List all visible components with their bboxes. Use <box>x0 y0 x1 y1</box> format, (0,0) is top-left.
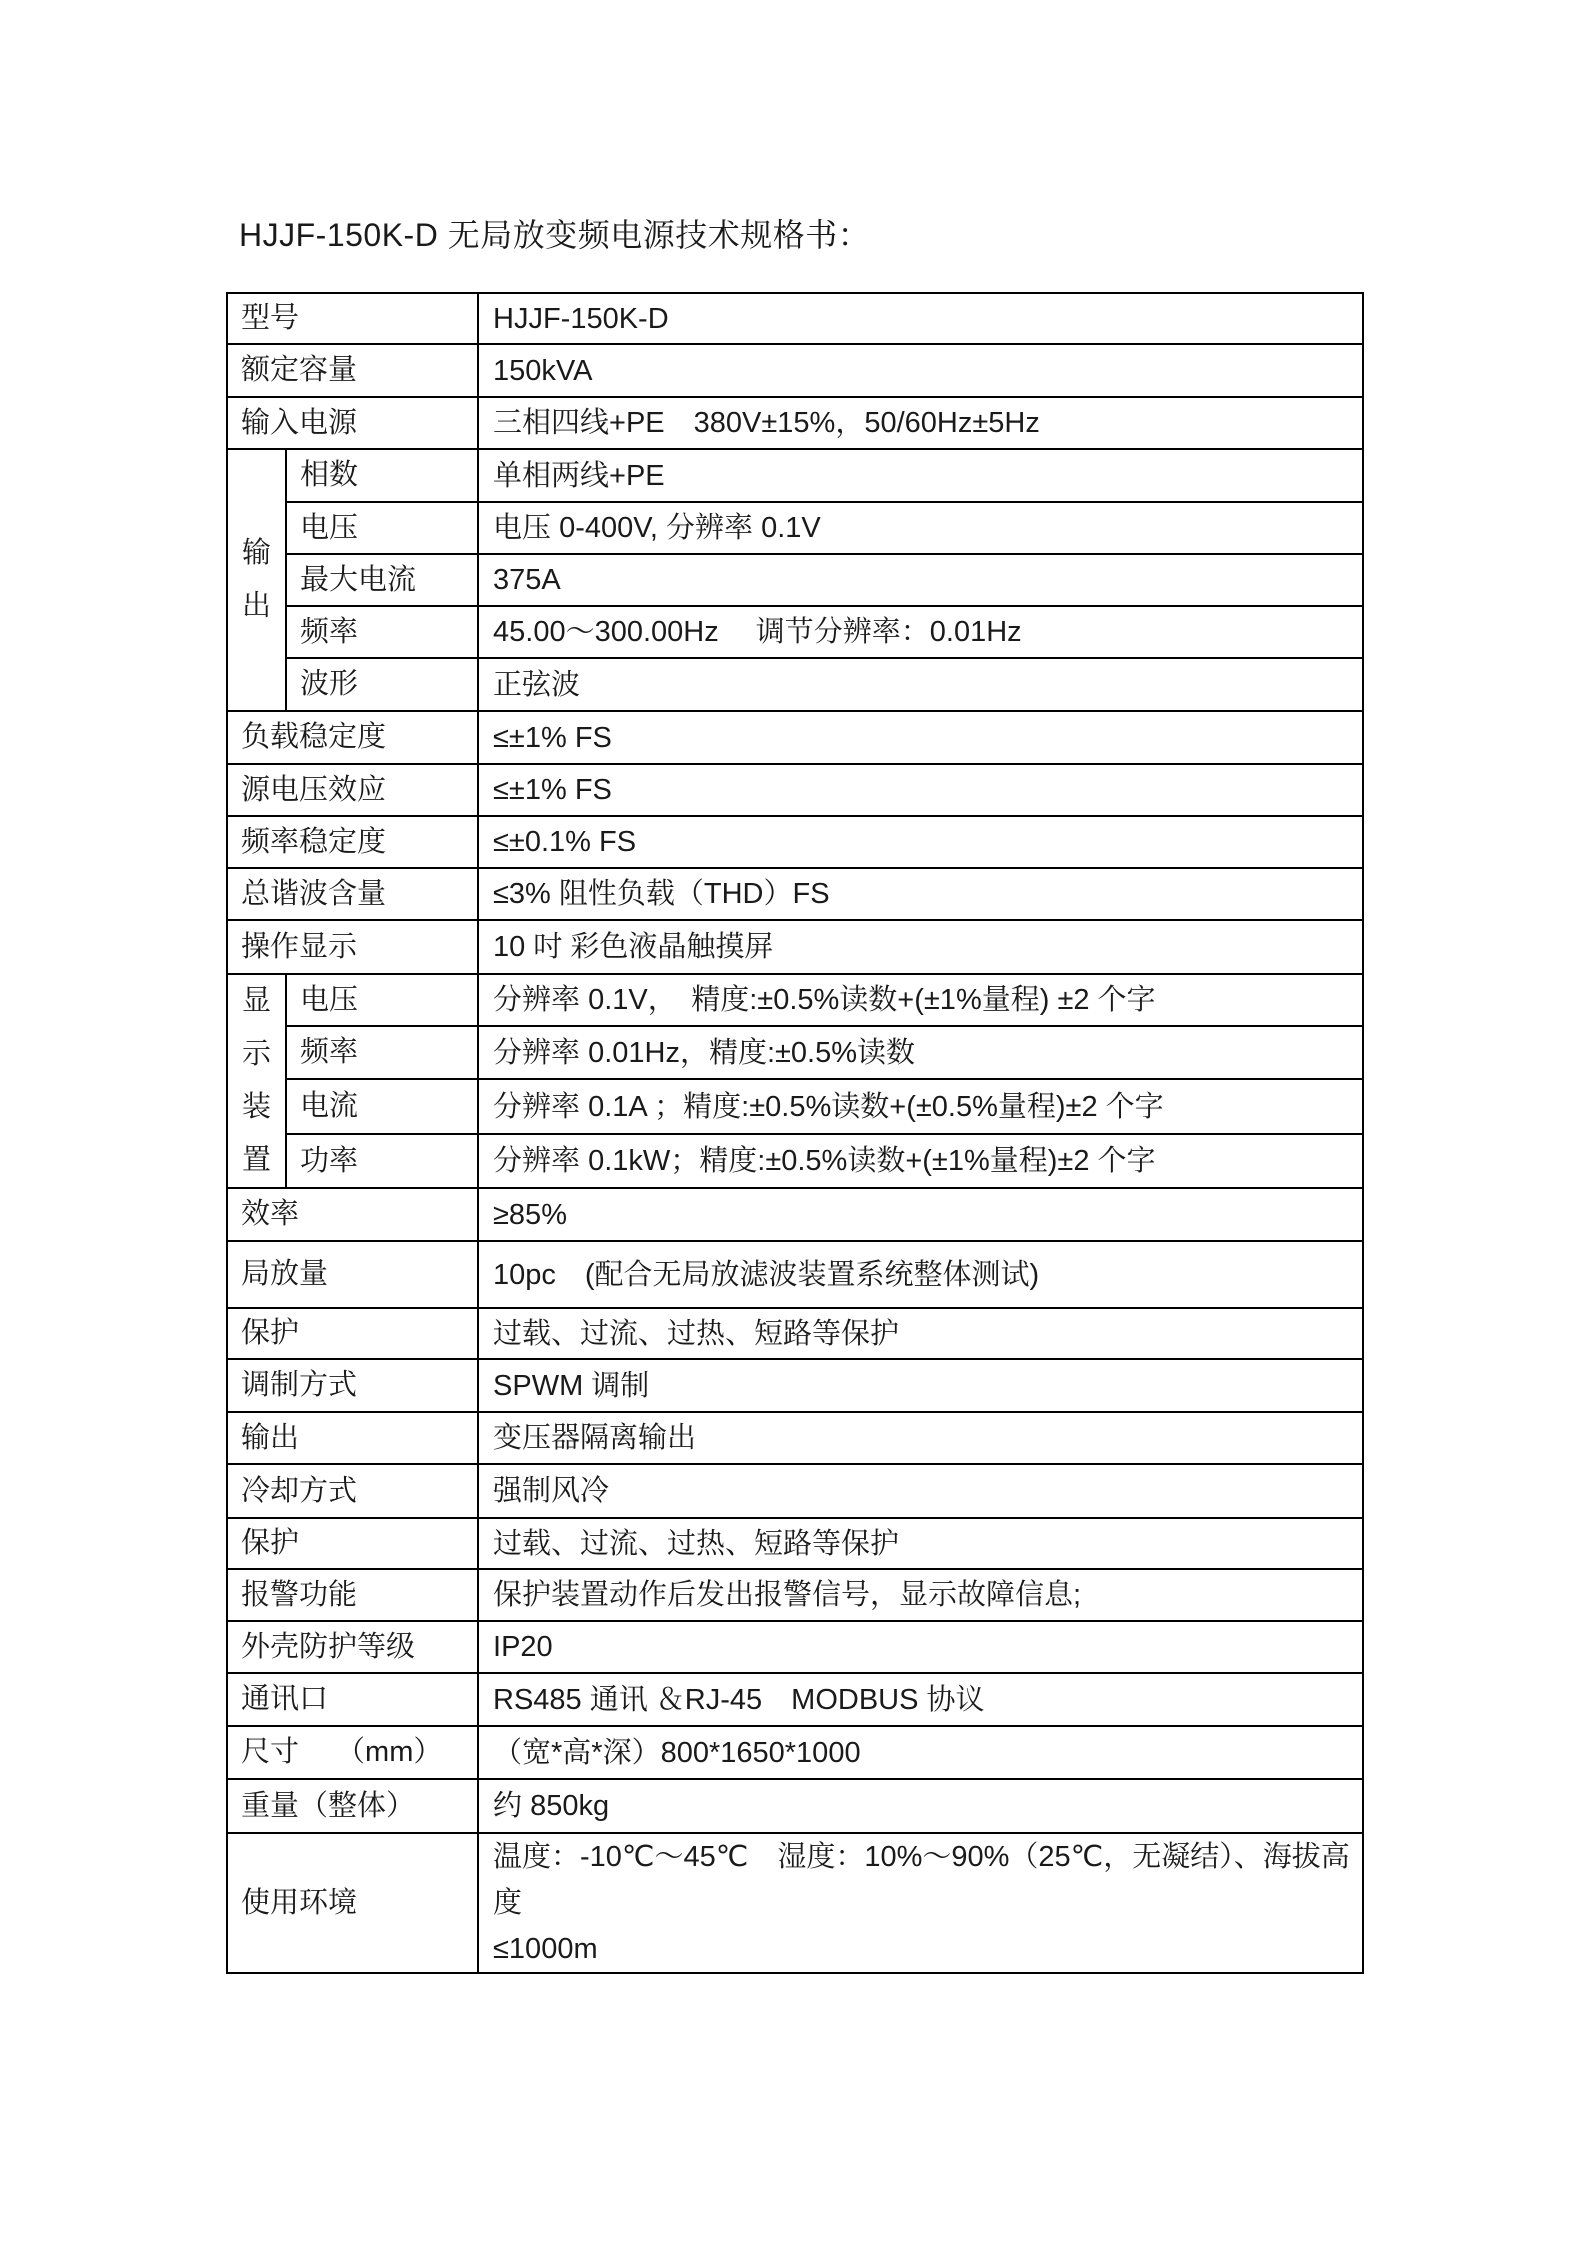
row-value-cell: 保护装置动作后发出报警信号，显示故障信息; <box>478 1569 1363 1621</box>
row-label-cell: 电压 <box>286 974 478 1026</box>
group-label: 输出 <box>242 527 271 633</box>
row-label-cell: 波形 <box>286 658 478 711</box>
row-label-cell: 功率 <box>286 1134 478 1188</box>
row-label-cell: 频率稳定度 <box>227 816 478 868</box>
row-label-cell: 报警功能 <box>227 1569 478 1621</box>
row-label-cell: 输入电源 <box>227 397 478 449</box>
row-value-cell: 分辨率 0.1A ；精度:±0.5%读数+(±0.5%量程)±2 个字 <box>478 1079 1363 1134</box>
row-label-cell: 输出 <box>227 1412 478 1464</box>
group-label-char: 装 <box>242 1081 271 1134</box>
group-label-char: 输 <box>242 527 271 580</box>
row-label-cell: 保护 <box>227 1518 478 1569</box>
row-label-cell: 外壳防护等级 <box>227 1621 478 1673</box>
table-row: 保护过载、过流、过热、短路等保护 <box>227 1308 1363 1359</box>
row-label-cell: 频率 <box>286 606 478 658</box>
group-label-cell: 输出 <box>227 449 286 711</box>
spec-table: 型号HJJF-150K-D额定容量150kVA输入电源三相四线+PE 380V±… <box>226 292 1364 1974</box>
row-label-cell: 源电压效应 <box>227 764 478 816</box>
table-row: 额定容量150kVA <box>227 344 1363 397</box>
row-label-cell: 使用环境 <box>227 1833 478 1973</box>
row-value-cell: 三相四线+PE 380V±15%，50/60Hz±5Hz <box>478 397 1363 449</box>
row-value-cell: ≥85% <box>478 1188 1363 1241</box>
table-row: 功率分辨率 0.1kW；精度:±0.5%读数+(±1%量程)±2 个字 <box>227 1134 1363 1188</box>
row-value-cell: ≤±1% FS <box>478 764 1363 816</box>
table-row: 最大电流375A <box>227 554 1363 606</box>
table-row: 频率45.00～300.00Hz 调节分辨率：0.01Hz <box>227 606 1363 658</box>
table-row: 频率稳定度≤±0.1% FS <box>227 816 1363 868</box>
group-label-cell: 显示装置 <box>227 974 286 1188</box>
row-value-cell: 约 850kg <box>478 1779 1363 1833</box>
row-value-cell: IP20 <box>478 1621 1363 1673</box>
table-row: 报警功能保护装置动作后发出报警信号，显示故障信息; <box>227 1569 1363 1621</box>
table-row: 操作显示10 吋 彩色液晶触摸屏 <box>227 920 1363 974</box>
table-row: 局放量10pc (配合无局放滤波装置系统整体测试) <box>227 1241 1363 1308</box>
row-value-cell: 变压器隔离输出 <box>478 1412 1363 1464</box>
table-row: 源电压效应≤±1% FS <box>227 764 1363 816</box>
row-label-cell: 总谐波含量 <box>227 868 478 920</box>
row-label-cell: 效率 <box>227 1188 478 1241</box>
row-value-cell: ≤±1% FS <box>478 711 1363 764</box>
row-value-cell: HJJF-150K-D <box>478 293 1363 344</box>
table-row: 电流分辨率 0.1A ；精度:±0.5%读数+(±0.5%量程)±2 个字 <box>227 1079 1363 1134</box>
row-label-cell: 型号 <box>227 293 478 344</box>
spec-table-body: 型号HJJF-150K-D额定容量150kVA输入电源三相四线+PE 380V±… <box>227 293 1363 1973</box>
table-row: 重量（整体）约 850kg <box>227 1779 1363 1833</box>
row-value-cell: 375A <box>478 554 1363 606</box>
group-label-char: 置 <box>242 1134 271 1187</box>
table-row: 波形正弦波 <box>227 658 1363 711</box>
table-row: 尺寸 （mm） （宽*高*深）800*1650*1000 <box>227 1726 1363 1779</box>
table-row: 输出相数单相两线+PE <box>227 449 1363 502</box>
table-row: 效率≥85% <box>227 1188 1363 1241</box>
row-value-cell: 单相两线+PE <box>478 449 1363 502</box>
row-value-cell: 10 吋 彩色液晶触摸屏 <box>478 920 1363 974</box>
row-label-cell: 电流 <box>286 1079 478 1134</box>
row-value-cell: 强制风冷 <box>478 1464 1363 1518</box>
table-row: 频率分辨率 0.01Hz，精度:±0.5%读数 <box>227 1026 1363 1079</box>
row-label-cell: 调制方式 <box>227 1359 478 1412</box>
row-value-cell: 45.00～300.00Hz 调节分辨率：0.01Hz <box>478 606 1363 658</box>
table-row: 通讯口RS485 通讯 ＆RJ-45 MODBUS 协议 <box>227 1673 1363 1726</box>
row-value-cell: ≤±0.1% FS <box>478 816 1363 868</box>
row-value-cell: 过载、过流、过热、短路等保护 <box>478 1308 1363 1359</box>
row-value-cell: 电压 0-400V, 分辨率 0.1V <box>478 502 1363 554</box>
row-label-cell: 操作显示 <box>227 920 478 974</box>
row-value-cell: 分辨率 0.1kW；精度:±0.5%读数+(±1%量程)±2 个字 <box>478 1134 1363 1188</box>
table-row: 调制方式SPWM 调制 <box>227 1359 1363 1412</box>
table-row: 型号HJJF-150K-D <box>227 293 1363 344</box>
group-label-char: 显 <box>242 975 271 1028</box>
table-row: 输入电源三相四线+PE 380V±15%，50/60Hz±5Hz <box>227 397 1363 449</box>
table-row: 使用环境温度：-10℃～45℃ 湿度：10%～90%（25℃，无凝结）、海拔高度… <box>227 1833 1363 1973</box>
group-label-char: 示 <box>242 1028 271 1081</box>
row-value-cell: RS485 通讯 ＆RJ-45 MODBUS 协议 <box>478 1673 1363 1726</box>
row-value-cell: 温度：-10℃～45℃ 湿度：10%～90%（25℃，无凝结）、海拔高度 ≤10… <box>478 1833 1363 1973</box>
row-value-cell: 150kVA <box>478 344 1363 397</box>
row-label-cell: 电压 <box>286 502 478 554</box>
row-value-cell: 10pc (配合无局放滤波装置系统整体测试) <box>478 1241 1363 1308</box>
table-row: 冷却方式强制风冷 <box>227 1464 1363 1518</box>
table-row: 总谐波含量≤3% 阻性负载（THD）FS <box>227 868 1363 920</box>
group-label: 显示装置 <box>242 975 271 1187</box>
row-label-cell: 冷却方式 <box>227 1464 478 1518</box>
table-row: 外壳防护等级IP20 <box>227 1621 1363 1673</box>
row-value-cell: SPWM 调制 <box>478 1359 1363 1412</box>
row-label-cell: 负载稳定度 <box>227 711 478 764</box>
row-label-cell: 相数 <box>286 449 478 502</box>
row-label-cell: 保护 <box>227 1308 478 1359</box>
table-row: 输出变压器隔离输出 <box>227 1412 1363 1464</box>
group-label-char: 出 <box>242 580 271 633</box>
row-value-cell: 过载、过流、过热、短路等保护 <box>478 1518 1363 1569</box>
row-value-cell: ≤3% 阻性负载（THD）FS <box>478 868 1363 920</box>
table-row: 显示装置电压分辨率 0.1V， 精度:±0.5%读数+(±1%量程) ±2 个字 <box>227 974 1363 1026</box>
row-value-cell: 正弦波 <box>478 658 1363 711</box>
row-value-cell: （宽*高*深）800*1650*1000 <box>478 1726 1363 1779</box>
row-value-cell: 分辨率 0.1V， 精度:±0.5%读数+(±1%量程) ±2 个字 <box>478 974 1363 1026</box>
row-label-cell: 最大电流 <box>286 554 478 606</box>
table-row: 负载稳定度≤±1% FS <box>227 711 1363 764</box>
row-label-cell: 频率 <box>286 1026 478 1079</box>
row-label-cell: 尺寸 （mm） <box>227 1726 478 1779</box>
table-row: 电压电压 0-400V, 分辨率 0.1V <box>227 502 1363 554</box>
row-label-cell: 重量（整体） <box>227 1779 478 1833</box>
table-row: 保护过载、过流、过热、短路等保护 <box>227 1518 1363 1569</box>
row-label-cell: 额定容量 <box>227 344 478 397</box>
page-title: HJJF-150K-D 无局放变频电源技术规格书： <box>239 210 870 256</box>
row-label-cell: 通讯口 <box>227 1673 478 1726</box>
row-value-cell: 分辨率 0.01Hz，精度:±0.5%读数 <box>478 1026 1363 1079</box>
row-label-cell: 局放量 <box>227 1241 478 1308</box>
